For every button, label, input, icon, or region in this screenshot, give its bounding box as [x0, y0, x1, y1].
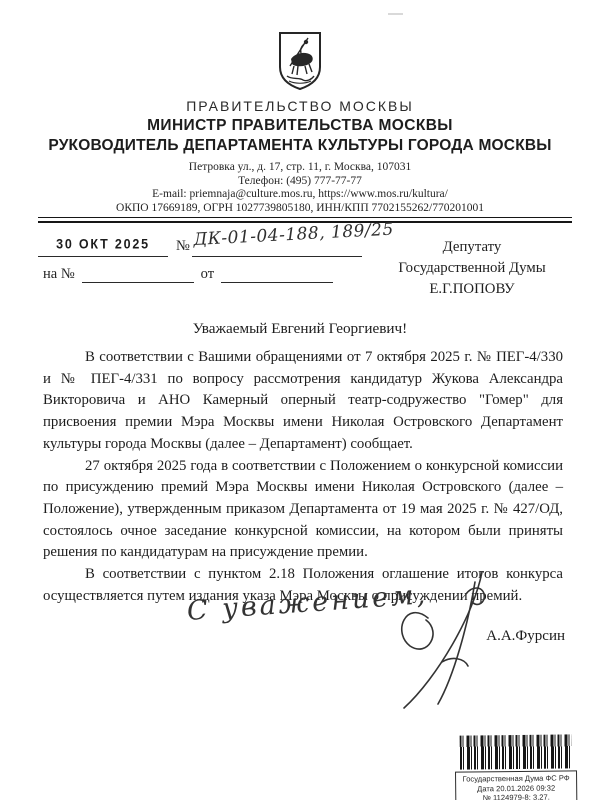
outgoing-number-field: ДК-01-04-188, 189/25 — [192, 230, 362, 257]
outgoing-date-field: 30 ОКТ 2025 — [38, 233, 168, 257]
recipient-organization: Государственной Думы — [378, 258, 566, 279]
number-label: № — [176, 238, 190, 255]
government-name: ПРАВИТЕЛЬСТВО МОСКВЫ — [0, 98, 600, 114]
sender-title-line2: РУКОВОДИТЕЛЬ ДЕПАРТАМЕНТА КУЛЬТУРЫ ГОРОД… — [0, 137, 600, 155]
postal-address: Петровка ул., д. 17, стр. 11, г. Москва,… — [0, 161, 600, 175]
recipient-name: Е.Г.ПОПОВУ — [378, 279, 566, 300]
sender-title-line1: МИНИСТР ПРАВИТЕЛЬСТВА МОСКВЫ — [0, 117, 600, 135]
scan-artifact-dash — [388, 13, 403, 15]
letterhead-divider — [38, 217, 572, 223]
letterhead-contacts: Петровка ул., д. 17, стр. 11, г. Москва,… — [0, 161, 600, 215]
barcode-icon — [460, 734, 572, 769]
reply-reference-row: на № от — [43, 265, 340, 283]
stamp-number: № 1124979-8; 3.27. — [459, 793, 573, 800]
reply-number-label: на № — [43, 266, 75, 283]
handwritten-registration-number: ДК-01-04-188, 189/25 — [193, 220, 394, 250]
reply-number-blank — [82, 265, 194, 283]
signer-name: А.А.Фурсин — [486, 628, 565, 645]
registry-codes-line: ОКПО 17669189, ОГРН 1027739805180, ИНН/К… — [0, 202, 600, 216]
stamp-organization: Государственная Дума ФС РФ — [459, 773, 573, 784]
duma-registration-stamp: Государственная Дума ФС РФ Дата 20.01.20… — [452, 734, 581, 800]
reply-date-label: от — [201, 266, 214, 283]
paragraph-1: В соответствии с Вашими обращениями от 7… — [43, 347, 563, 456]
moscow-coat-of-arms-icon — [277, 31, 323, 91]
email-line: E-mail: priemnaja@culture.mos.ru, https:… — [0, 188, 600, 202]
letter-page: ПРАВИТЕЛЬСТВО МОСКВЫ МИНИСТР ПРАВИТЕЛЬСТ… — [0, 0, 600, 800]
reply-date-blank — [221, 265, 333, 283]
phone-line: Телефон: (495) 777-77-77 — [0, 175, 600, 189]
recipient-position: Депутату — [378, 237, 566, 258]
paragraph-2: 27 октября 2025 года в соответствии с По… — [43, 456, 563, 565]
salutation: Уважаемый Евгений Георгиевич! — [0, 320, 600, 338]
recipient-block: Депутату Государственной Думы Е.Г.ПОПОВУ — [378, 237, 566, 299]
date-stamp: 30 ОКТ 2025 — [56, 236, 150, 251]
stamp-text-box: Государственная Дума ФС РФ Дата 20.01.20… — [455, 770, 577, 800]
